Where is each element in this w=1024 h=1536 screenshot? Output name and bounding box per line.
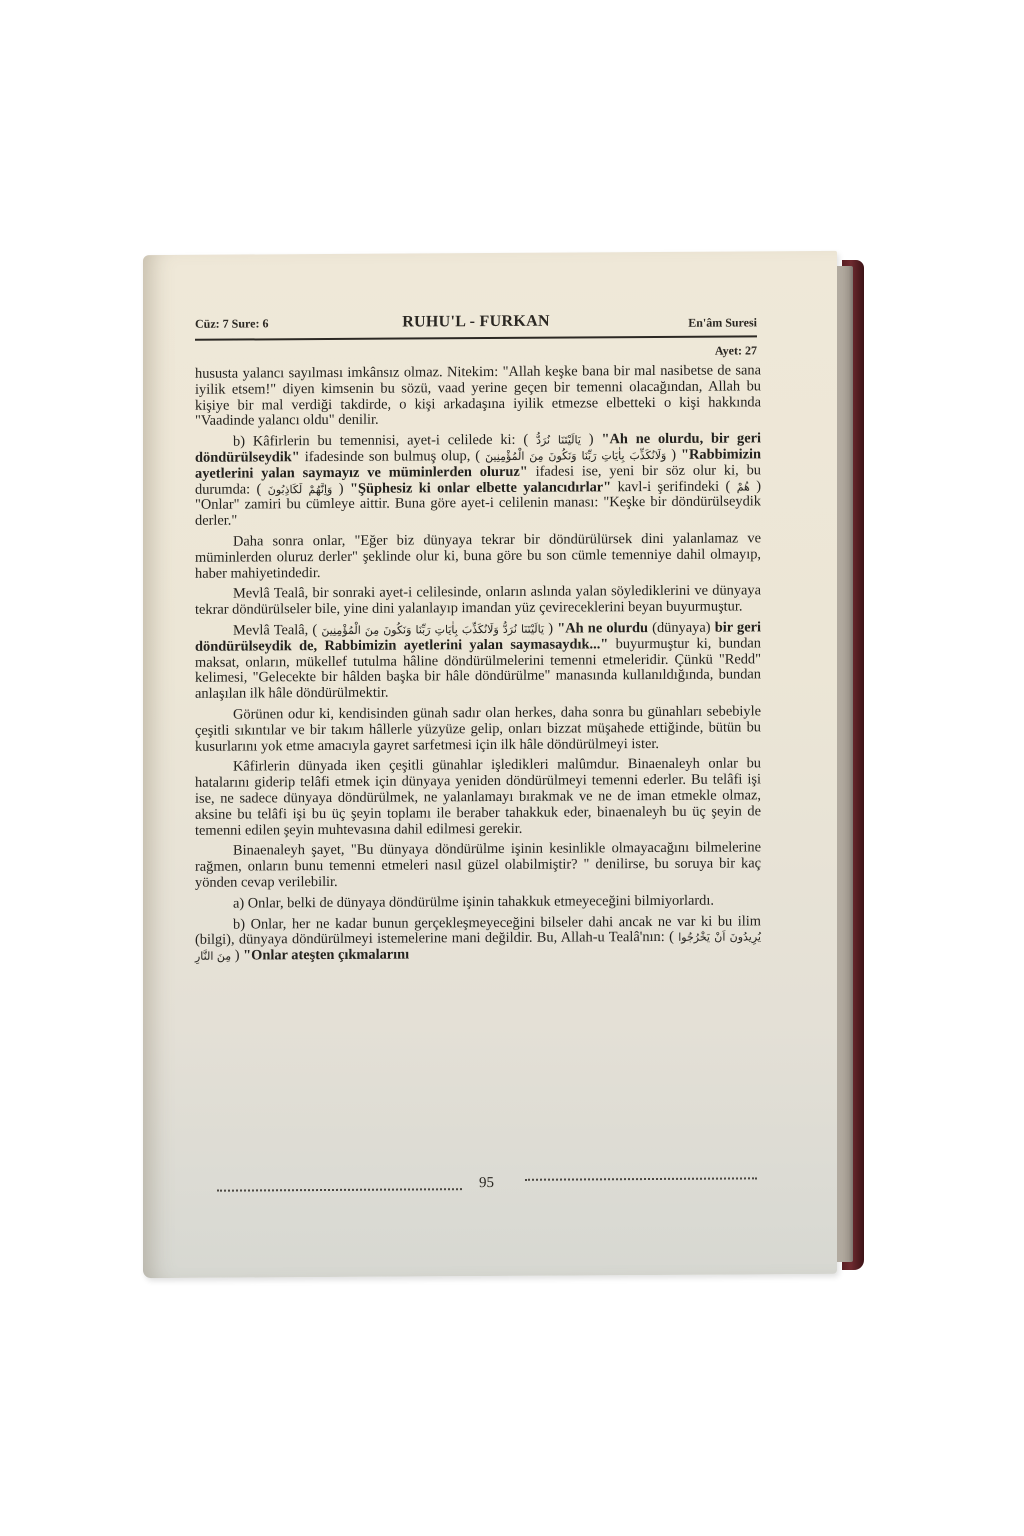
sura-name: En'âm Suresi [688, 315, 757, 330]
bold-translation: "Ah ne olurdu [557, 620, 648, 637]
arabic-verse: يَالَيْتَنَا نُرَدُّ [536, 434, 581, 447]
book-title: RUHU'L - FURKAN [195, 311, 757, 332]
footer-dotted-rule-left [217, 1188, 462, 1191]
page-body-text: hususta yalancı sayılması imkânsız olmaz… [195, 363, 761, 969]
paragraph: b) Kâfirlerin bu temennisi, ayet-i celil… [195, 432, 761, 530]
paragraph: Binaenaleyh şayet, "Bu dünyaya döndürülm… [195, 841, 761, 892]
paragraph: a) Onlar, belki de dünyaya döndürülme iş… [195, 893, 761, 912]
text-run: a) Onlar, belki de dünyaya döndürülme iş… [233, 892, 714, 911]
text-run: kavl-i şerifindeki ( [611, 478, 737, 495]
text-run: Kâfirlerin dünyada iken çeşitli günahlar… [195, 756, 761, 839]
text-run: Görünen odur ki, kendisinden günah sadır… [195, 703, 761, 754]
text-run: b) Onlar, her ne kadar bunun gerçekleşme… [195, 913, 761, 948]
text-run: (dünyaya) [648, 620, 715, 636]
text-run: Binaenaleyh şayet, "Bu dünyaya döndürülm… [195, 840, 761, 891]
bold-translation: "Onlar ateşten çıkmalarını [243, 947, 409, 964]
text-run: hususta yalancı sayılması imkânsız olmaz… [195, 362, 761, 429]
paragraph: Mevlâ Tealâ, bir sonraki ayet-i celilesi… [195, 584, 761, 619]
bold-translation: "Şüphesiz ki onlar elbette yalancıdırlar… [350, 479, 611, 497]
paragraph: Görünen odur ki, kendisinden günah sadır… [195, 704, 761, 755]
paragraph: Mevlâ Tealâ, ( يَالَيْتَنَا نُرَدُّ وَلَ… [195, 620, 761, 702]
text-run: ) [231, 948, 243, 964]
text-run: ) [581, 432, 602, 448]
text-run: ) [666, 447, 681, 463]
text-run: b) Kâfirlerin bu temennisi, ayet-i celil… [233, 432, 536, 450]
text-run: ) [332, 480, 350, 496]
verse-label: Ayet: 27 [715, 343, 757, 358]
arabic-verse: وَاِنَّهُمْ لَكَاذِبُونَ [268, 483, 333, 496]
page-number: 95 [479, 1175, 494, 1192]
paragraph: hususta yalancı sayılması imkânsız olmaz… [195, 363, 761, 430]
text-run: ) [544, 621, 557, 637]
footer-dotted-rule-right [525, 1177, 757, 1180]
paragraph: Daha sonra onlar, "Eğer biz dünyaya tekr… [195, 531, 761, 582]
text-run: ifadesinde son bulmuş olup, ( [300, 448, 485, 465]
book-page: Cüz: 7 Sure: 6 RUHU'L - FURKAN En'âm Sur… [143, 251, 837, 1278]
arabic-verse: وَلَانُكَذِّبَ بِاٰيَاتِ رَبِّنَا وَنَكُ… [485, 449, 666, 463]
page-footer: 95 [217, 1173, 757, 1200]
arabic-verse: يَالَيْتَنَا نُرَدُّ وَلَانُكَذِّبَ بِاٰ… [321, 623, 544, 637]
paragraph: b) Onlar, her ne kadar bunun gerçekleşme… [195, 914, 761, 965]
paragraph: Kâfirlerin dünyada iken çeşitli günahlar… [195, 757, 761, 839]
text-run: Mevlâ Tealâ, bir sonraki ayet-i celilesi… [195, 583, 761, 618]
header-rule [195, 335, 757, 340]
arabic-verse: هُمْ [737, 480, 750, 493]
text-run: Daha sonra onlar, "Eğer biz dünyaya tekr… [195, 530, 761, 581]
text-run: Mevlâ Tealâ, ( [233, 622, 321, 639]
running-header: Cüz: 7 Sure: 6 RUHU'L - FURKAN En'âm Sur… [195, 309, 757, 346]
